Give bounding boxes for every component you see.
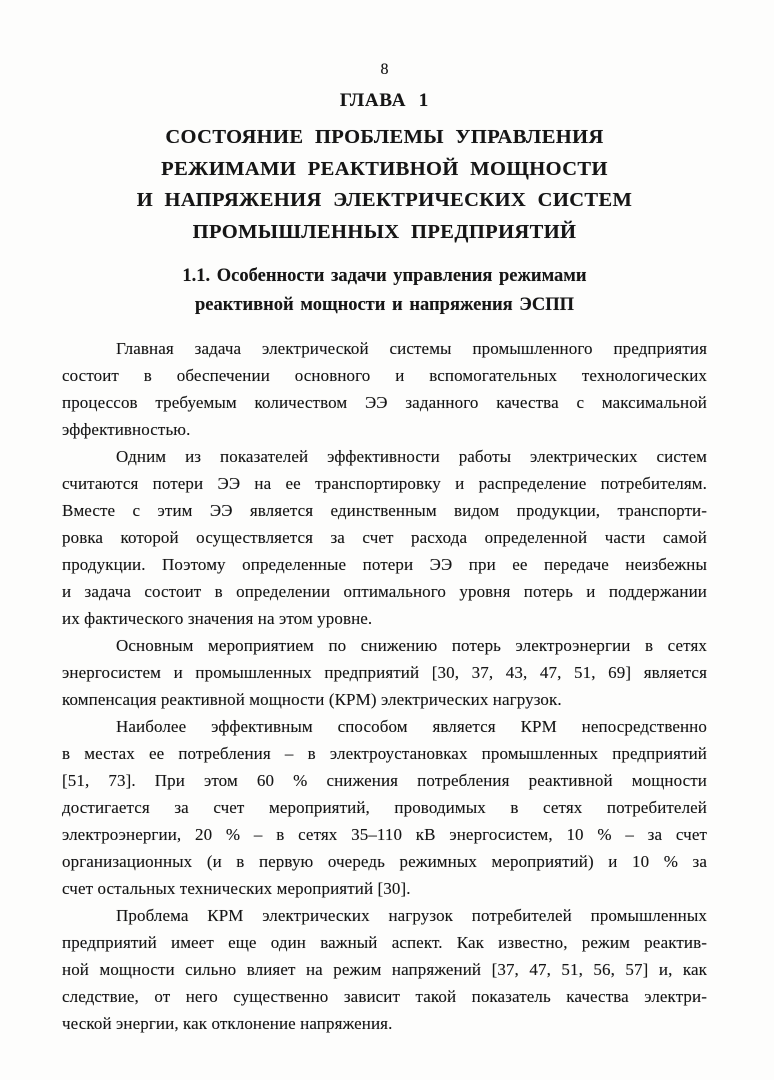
chapter-title: СОСТОЯНИЕ ПРОБЛЕМЫ УПРАВЛЕНИЯРЕЖИМАМИ РЕ…	[62, 122, 707, 248]
paragraph-line: организационных (и в первую очередь режи…	[62, 848, 707, 875]
chapter-title-line: СОСТОЯНИЕ ПРОБЛЕМЫ УПРАВЛЕНИЯ	[62, 122, 707, 154]
chapter-title-line: РЕЖИМАМИ РЕАКТИВНОЙ МОЩНОСТИ	[62, 154, 707, 186]
paragraph-line: Наиболее эффективным способом является К…	[62, 713, 707, 740]
paragraph-line: Основным мероприятием по снижению потерь…	[62, 632, 707, 659]
chapter-title-line: ПРОМЫШЛЕННЫХ ПРЕДПРИЯТИЙ	[62, 217, 707, 249]
paragraph-line: Одним из показателей эффективности работ…	[62, 443, 707, 470]
paragraph-line: счет остальных технических мероприятий […	[62, 875, 707, 902]
body-text: Главная задача электрической системы про…	[62, 335, 707, 1037]
paragraph-line: эффективностью.	[62, 416, 707, 443]
paragraph-line: продукции. Поэтому определенные потери Э…	[62, 551, 707, 578]
paragraph: Одним из показателей эффективности работ…	[62, 443, 707, 632]
scanned-document-page: 8 ГЛАВА 1 СОСТОЯНИЕ ПРОБЛЕМЫ УПРАВЛЕНИЯР…	[0, 0, 774, 1080]
page-number: 8	[62, 60, 707, 80]
paragraph-line: энергосистем и промышленных предприятий …	[62, 659, 707, 686]
paragraph-line: достигается за счет мероприятий, проводи…	[62, 794, 707, 821]
paragraph-line: ровка которой осуществляется за счет рас…	[62, 524, 707, 551]
section-heading: 1.1. Особенности задачи управления режим…	[62, 262, 707, 320]
paragraph-line: Проблема КРМ электрических нагрузок потр…	[62, 902, 707, 929]
paragraph-line: следствие, от него существенно зависит т…	[62, 983, 707, 1010]
paragraph-line: предприятий имеет еще один важный аспект…	[62, 929, 707, 956]
paragraph: Наиболее эффективным способом является К…	[62, 713, 707, 902]
section-heading-line: реактивной мощности и напряжения ЭСПП	[62, 291, 707, 320]
paragraph-line: Главная задача электрической системы про…	[62, 335, 707, 362]
paragraph-line: в местах ее потребления – в электроустан…	[62, 740, 707, 767]
paragraph-line: считаются потери ЭЭ на ее транспортировк…	[62, 470, 707, 497]
paragraph-line: ной мощности сильно влияет на режим напр…	[62, 956, 707, 983]
paragraph-line: процессов требуемым количеством ЭЭ задан…	[62, 389, 707, 416]
paragraph-line: Вместе с этим ЭЭ является единственным в…	[62, 497, 707, 524]
paragraph-line: электроэнергии, 20 % – в сетях 35–110 кВ…	[62, 821, 707, 848]
section-heading-line: 1.1. Особенности задачи управления режим…	[62, 262, 707, 291]
paragraph-line: состоит в обеспечении основного и вспомо…	[62, 362, 707, 389]
chapter-title-line: И НАПРЯЖЕНИЯ ЭЛЕКТРИЧЕСКИХ СИСТЕМ	[62, 185, 707, 217]
chapter-label: ГЛАВА 1	[62, 89, 707, 113]
paragraph-line: [51, 73]. При этом 60 % снижения потребл…	[62, 767, 707, 794]
paragraph-line: компенсация реактивной мощности (КРМ) эл…	[62, 686, 707, 713]
paragraph: Проблема КРМ электрических нагрузок потр…	[62, 902, 707, 1037]
paragraph-line: и задача состоит в определении оптимальн…	[62, 578, 707, 605]
paragraph: Главная задача электрической системы про…	[62, 335, 707, 443]
paragraph-line: ческой энергии, как отклонение напряжени…	[62, 1010, 707, 1037]
paragraph-line: их фактического значения на этом уровне.	[62, 605, 707, 632]
paragraph: Основным мероприятием по снижению потерь…	[62, 632, 707, 713]
